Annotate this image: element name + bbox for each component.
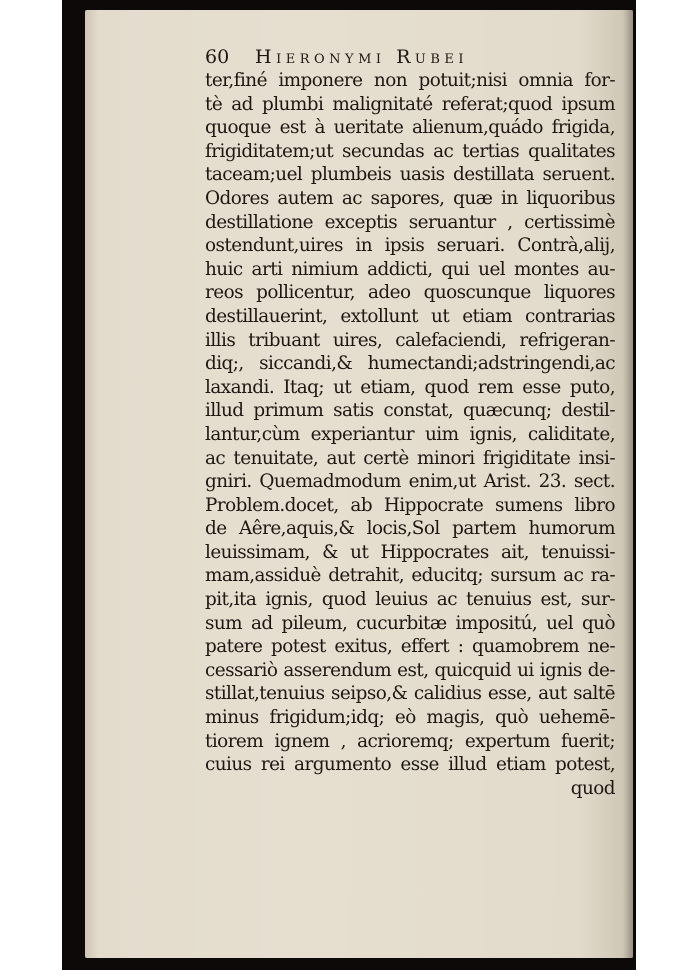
text-line: cessariò asserendum est, quicquid ui ign… [205,659,615,683]
text-line: ter,finé imponere non potuit;nisi omnia … [205,69,615,93]
catchword: quod [205,777,615,801]
text-line: lantur,cùm experiantur uim ignis, calidi… [205,423,615,447]
text-line: tè ad plumbi malignitaté referat;quod ip… [205,93,615,117]
text-line: illis tribuant uires, calefaciendi, refr… [205,329,615,353]
text-line: destillauerint, extollunt ut etiam contr… [205,305,615,329]
text-line: pit,ita ignis, quod leuius ac tenuius es… [205,588,615,612]
text-line: illud primum satis constat, quæcunq; des… [205,399,615,423]
page-header: 60 Hieronymi Rubei [205,46,615,69]
text-line: quoque est à ueritate alienum,quádo frig… [205,116,615,140]
text-line: ac tenuitate, aut certè minori frigidita… [205,447,615,471]
running-title: Hieronymi Rubei [255,46,468,69]
text-line: destillatione exceptis seruantur , certi… [205,211,615,235]
body-text: ter,finé imponere non potuit;nisi omnia … [205,69,615,777]
text-line: stillat,tenuius seipso,& calidius esse, … [205,682,615,706]
text-line: leuissimam, & ut Hippocrates ait, tenuis… [205,541,615,565]
page-number: 60 [205,46,229,69]
text-line: diq;, siccandi,& humectandi;adstringendi… [205,352,615,376]
text-line: huic arti nimium addicti, qui uel montes… [205,258,615,282]
text-line: laxandi. Itaq; ut etiam, quod rem esse p… [205,376,615,400]
text-line: Odores autem ac sapores, quæ in liquorib… [205,187,615,211]
text-line: tiorem ignem , acrioremq; expertum fueri… [205,730,615,754]
text-line: patere potest exitus, effert : quamobrem… [205,635,615,659]
text-line: frigiditatem;ut secundas ac tertias qual… [205,140,615,164]
text-line: cuius rei argumento esse illud etiam pot… [205,753,615,777]
text-line: minus frigidum;idq; eò magis, quò uehemē… [205,706,615,730]
text-line: Problem.docet, ab Hippocrate sumens libr… [205,494,615,518]
text-line: sum ad pileum, cucurbitæ impositú, uel q… [205,612,615,636]
text-line: mam,assiduè detrahit, educitq; sursum ac… [205,564,615,588]
text-line: reos pollicentur, adeo quoscunque liquor… [205,281,615,305]
text-line: gniri. Quemadmodum enim,ut Arist. 23. se… [205,470,615,494]
text-line: ostendunt,uires in ipsis seruari. Contrà… [205,234,615,258]
text-block: 60 Hieronymi Rubei ter,finé imponere non… [205,46,615,800]
text-line: de Aêre,aquis,& locis,Sol partem humorum [205,517,615,541]
text-line: taceam;uel plumbeis uasis destillata ser… [205,163,615,187]
